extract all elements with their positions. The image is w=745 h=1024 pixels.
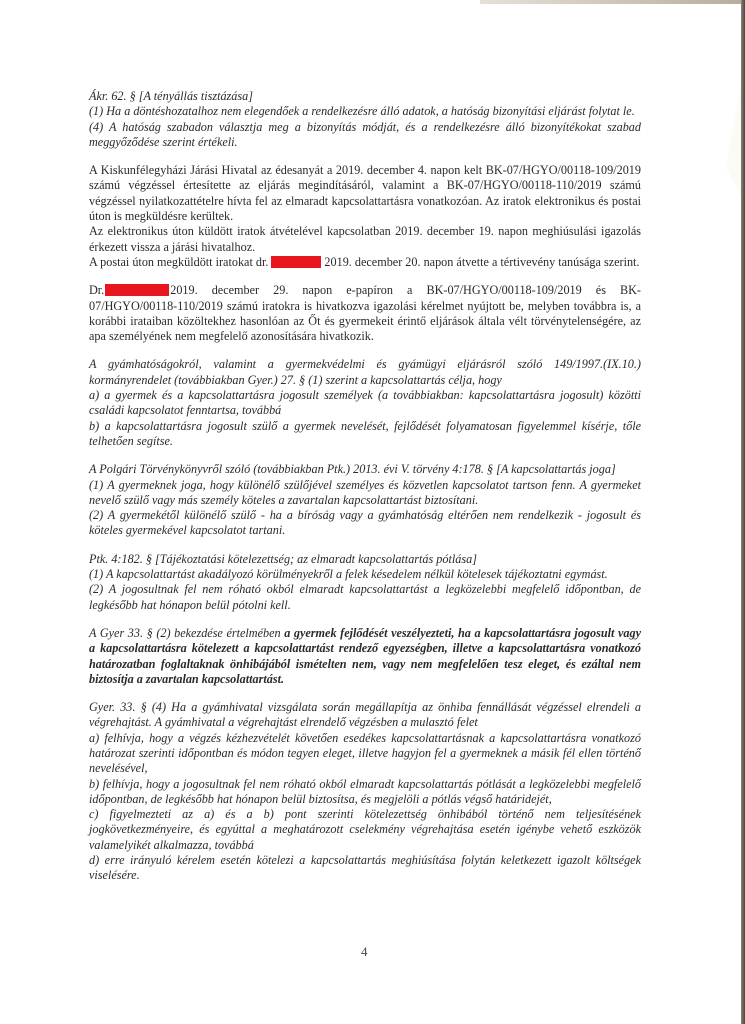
facts-paragraph-1: A Kiskunfélegyházi Járási Hivatal az éde… (89, 163, 641, 224)
akr-62-paragraph-1: (1) Ha a döntéshozatalhoz nem elegendőek… (89, 104, 641, 119)
gyer-33-2-intro: A Gyer 33. § (2) bekezdése értelmében (89, 626, 281, 640)
request-section: Dr.2019. december 29. napon e-papíron a … (89, 283, 641, 344)
redacted-name (105, 284, 169, 296)
akr-62-heading: Ákr. 62. § [A tényállás tisztázása] (89, 89, 641, 104)
gyer-27-section: A gyámhatóságokról, valamint a gyermekvé… (89, 357, 641, 449)
akr-62-paragraph-4: (4) A hatóság szabadon választja meg a b… (89, 120, 641, 151)
gyer-27-point-a: a) a gyermek és a kapcsolattartásra jogo… (89, 388, 641, 419)
gyer-33-4-point-d: d) erre irányuló kérelem esetén kötelezi… (89, 853, 641, 884)
document-body: Ákr. 62. § [A tényállás tisztázása] (1) … (89, 89, 641, 884)
redacted-name (271, 256, 321, 268)
ptk-4-178-heading: A Polgári Törvénykönyvről szóló (további… (89, 462, 641, 477)
ptk-4-182-paragraph-1: (1) A kapcsolattartást akadályozó körülm… (89, 567, 641, 582)
page-number: 4 (361, 944, 368, 960)
ptk-4-182-paragraph-2: (2) A jogosultnak fel nem róható okból e… (89, 582, 641, 613)
gyer-33-4-intro: Gyer. 33. § (4) Ha a gyámhivatal vizsgál… (89, 700, 641, 731)
request-text: 2019. december 29. napon e-papíron a BK-… (89, 283, 641, 343)
facts-paragraph-3: A postai úton megküldött iratokat dr.201… (89, 255, 641, 270)
gyer-33-4-point-a: a) felhívja, hogy a végzés kézhezvételét… (89, 731, 641, 777)
gyer-33-4-section: Gyer. 33. § (4) Ha a gyámhivatal vizsgál… (89, 700, 641, 884)
gyer-33-2-paragraph: A Gyer 33. § (2) bekezdése értelmében a … (89, 626, 641, 687)
request-paragraph: Dr.2019. december 29. napon e-papíron a … (89, 283, 641, 344)
ptk-4-182-section: Ptk. 4:182. § [Tájékoztatási kötelezetts… (89, 552, 641, 613)
ptk-4-182-heading: Ptk. 4:182. § [Tájékoztatási kötelezetts… (89, 552, 641, 567)
gyer-33-4-point-b: b) felhívja, hogy a jogosultnak fel nem … (89, 777, 641, 808)
gyer-33-4-point-c: c) figyelmezteti az a) és a b) pont szer… (89, 807, 641, 853)
akr-62-section: Ákr. 62. § [A tényállás tisztázása] (1) … (89, 89, 641, 150)
request-prefix: Dr. (89, 283, 104, 297)
scan-page-fold (640, 0, 745, 1024)
ptk-4-178-section: A Polgári Törvénykönyvről szóló (további… (89, 462, 641, 538)
scan-right-edge (741, 0, 745, 1024)
ptk-4-178-paragraph-1: (1) A gyermeknek joga, hogy különélő szü… (89, 478, 641, 509)
gyer-27-intro: A gyámhatóságokról, valamint a gyermekvé… (89, 357, 641, 388)
ptk-4-178-paragraph-2: (2) A gyermekétől különélő szülő - ha a … (89, 508, 641, 539)
facts-p3-before: A postai úton megküldött iratokat dr. (89, 255, 268, 269)
facts-section: A Kiskunfélegyházi Járási Hivatal az éde… (89, 163, 641, 270)
gyer-33-2-section: A Gyer 33. § (2) bekezdése értelmében a … (89, 626, 641, 687)
gyer-27-point-b: b) a kapcsolattartásra jogosult szülő a … (89, 419, 641, 450)
facts-paragraph-2: Az elektronikus úton küldött iratok átvé… (89, 224, 641, 255)
facts-p3-after: 2019. december 20. napon átvette a térti… (324, 255, 639, 269)
